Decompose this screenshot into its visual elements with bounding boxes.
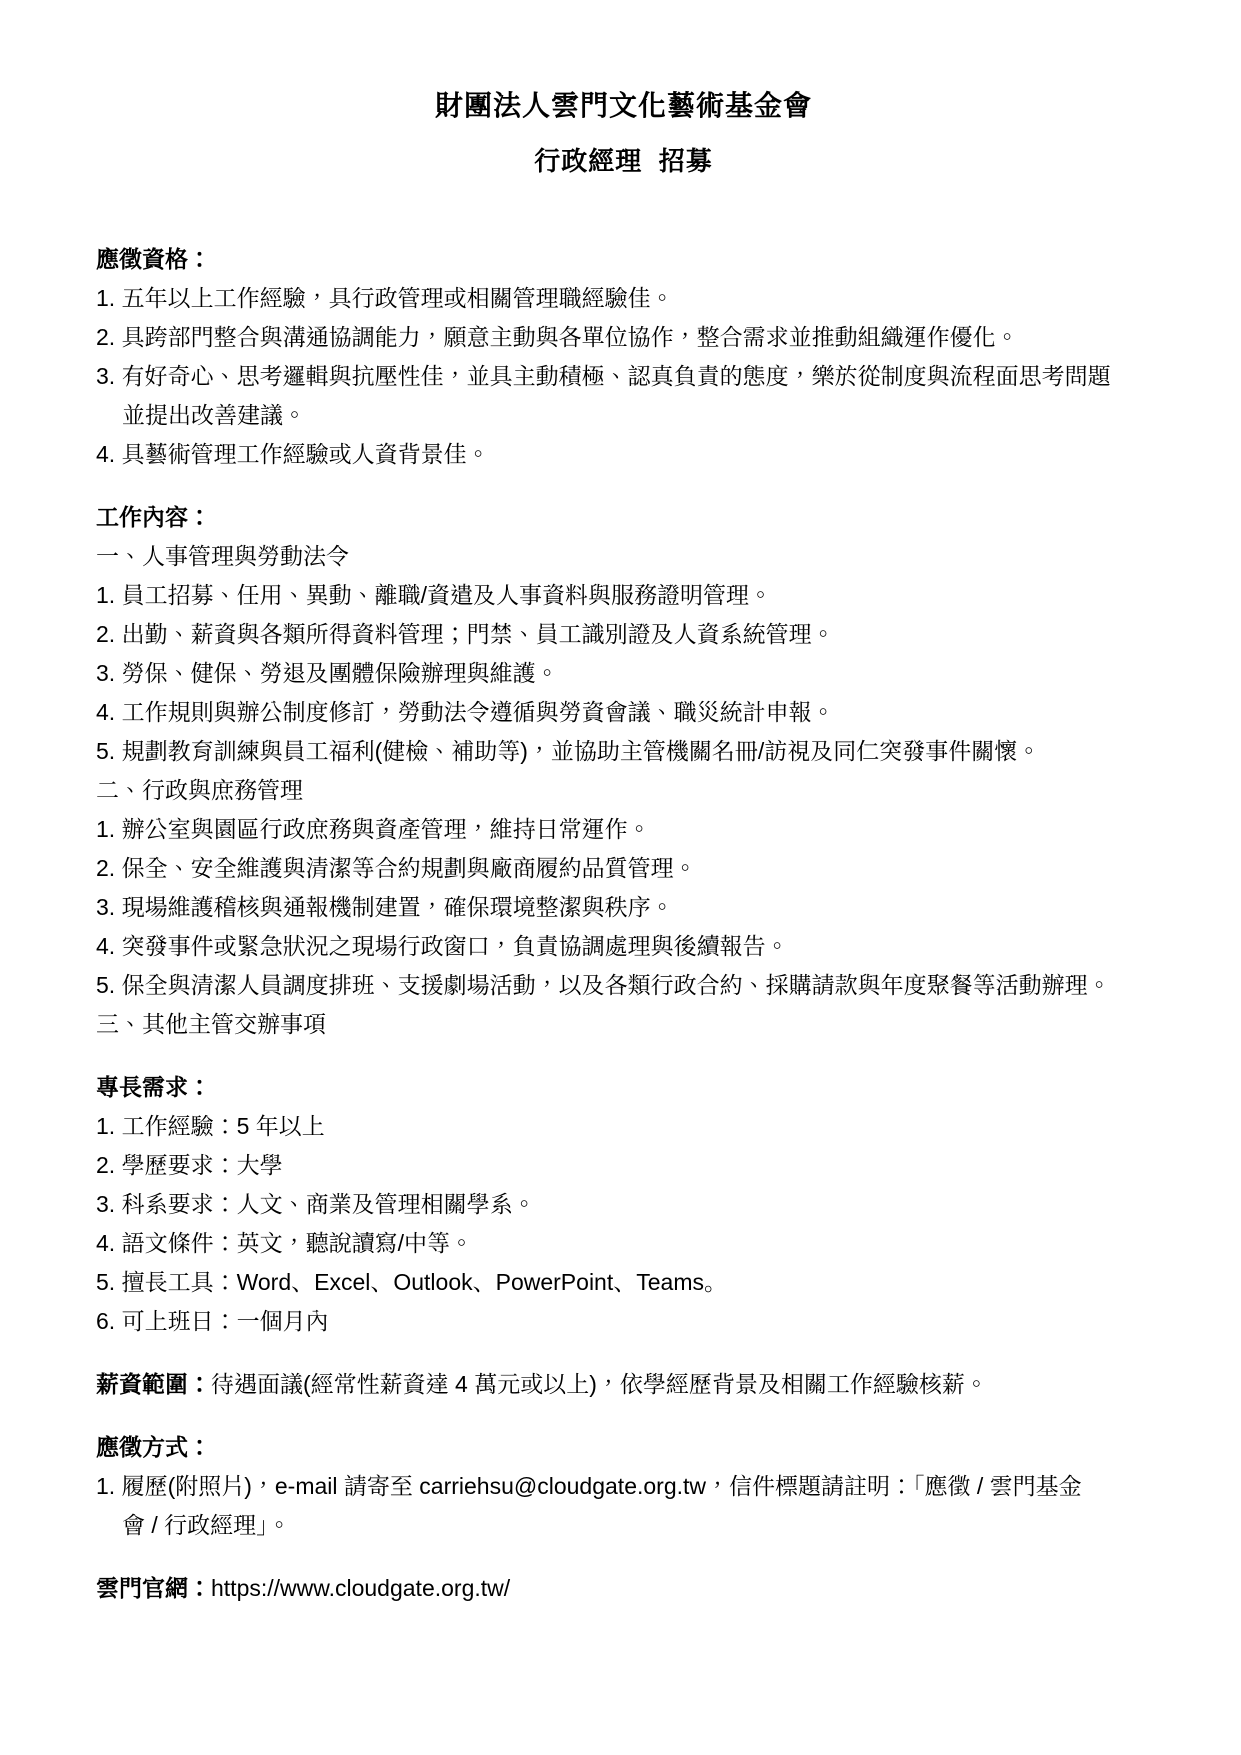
salary-line: 薪資範圍：待遇面議(經常性薪資達 4 萬元或以上)，依學經歷背景及相關工作經驗核…: [96, 1365, 1151, 1404]
list-item: 3. 現場維護稽核與通報機制建置，確保環境整潔與秩序。: [96, 888, 1151, 927]
skills-heading: 專長需求：: [96, 1068, 1151, 1107]
section-qualifications: 應徵資格： 1. 五年以上工作經驗，具行政管理或相關管理職經驗佳。 2. 具跨部…: [96, 240, 1151, 474]
list-item: 6. 可上班日：一個月內: [96, 1302, 1151, 1341]
section-salary: 薪資範圍：待遇面議(經常性薪資達 4 萬元或以上)，依學經歷背景及相關工作經驗核…: [96, 1365, 1151, 1404]
list-item: 1. 員工招募、任用、異動、離職/資遣及人事資料與服務證明管理。: [96, 576, 1151, 615]
list-item: 3. 勞保、健保、勞退及團體保險辦理與維護。: [96, 654, 1151, 693]
list-item: 2. 具跨部門整合與溝通協調能力，願意主動與各單位協作，整合需求並推動組織運作優…: [96, 318, 1151, 357]
job-posting-document: 財團法人雲門文化藝術基金會 行政經理 招募 應徵資格： 1. 五年以上工作經驗，…: [0, 0, 1241, 1755]
list-item: 5. 保全與清潔人員調度排班、支援劇場活動，以及各類行政合約、採購請款與年度聚餐…: [96, 966, 1151, 1005]
group-label: 一、人事管理與勞動法令: [96, 537, 1151, 576]
list-item: 2. 學歷要求：大學: [96, 1146, 1151, 1185]
salary-label: 薪資範圍：: [96, 1371, 211, 1397]
list-item: 4. 具藝術管理工作經驗或人資背景佳。: [96, 435, 1151, 474]
list-item: 4. 工作規則與辦公制度修訂，勞動法令遵循與勞資會議、職災統計申報。: [96, 693, 1151, 732]
website-label: 雲門官網：: [96, 1575, 211, 1601]
website-url: https://www.cloudgate.org.tw/: [211, 1575, 510, 1601]
list-item: 1. 五年以上工作經驗，具行政管理或相關管理職經驗佳。: [96, 279, 1151, 318]
doc-subtitle: 行政經理 招募: [96, 144, 1151, 178]
section-skills: 專長需求： 1. 工作經驗：5 年以上 2. 學歷要求：大學 3. 科系要求：人…: [96, 1068, 1151, 1341]
list-item: 3. 有好奇心、思考邏輯與抗壓性佳，並具主動積極、認真負責的態度，樂於從制度與流…: [96, 357, 1151, 435]
section-job-content: 工作內容： 一、人事管理與勞動法令 1. 員工招募、任用、異動、離職/資遣及人事…: [96, 498, 1151, 1044]
list-item: 1. 履歷(附照片)，e-mail 請寄至 carriehsu@cloudgat…: [96, 1467, 1151, 1545]
qualifications-heading: 應徵資格：: [96, 240, 1151, 279]
job-content-heading: 工作內容：: [96, 498, 1151, 537]
list-item: 3. 科系要求：人文、商業及管理相關學系。: [96, 1185, 1151, 1224]
section-apply: 應徵方式： 1. 履歷(附照片)，e-mail 請寄至 carriehsu@cl…: [96, 1428, 1151, 1545]
list-item: 5. 擅長工具：Word、Excel、Outlook、PowerPoint、Te…: [96, 1263, 1151, 1302]
group-label: 三、其他主管交辦事項: [96, 1005, 1151, 1044]
apply-heading: 應徵方式：: [96, 1428, 1151, 1467]
section-website: 雲門官網：https://www.cloudgate.org.tw/: [96, 1569, 1151, 1608]
salary-text: 待遇面議(經常性薪資達 4 萬元或以上)，依學經歷背景及相關工作經驗核薪。: [211, 1371, 988, 1397]
list-item: 4. 語文條件：英文，聽說讀寫/中等。: [96, 1224, 1151, 1263]
list-item: 1. 工作經驗：5 年以上: [96, 1107, 1151, 1146]
list-item: 1. 辦公室與園區行政庶務與資產管理，維持日常運作。: [96, 810, 1151, 849]
list-item: 4. 突發事件或緊急狀況之現場行政窗口，負責協調處理與後續報告。: [96, 927, 1151, 966]
doc-title: 財團法人雲門文化藝術基金會: [96, 88, 1151, 124]
group-label: 二、行政與庶務管理: [96, 771, 1151, 810]
list-item: 2. 保全、安全維護與清潔等合約規劃與廠商履約品質管理。: [96, 849, 1151, 888]
website-line: 雲門官網：https://www.cloudgate.org.tw/: [96, 1569, 1151, 1608]
list-item: 5. 規劃教育訓練與員工福利(健檢、補助等)，並協助主管機關名冊/訪視及同仁突發…: [96, 732, 1151, 771]
list-item: 2. 出勤、薪資與各類所得資料管理；門禁、員工識別證及人資系統管理。: [96, 615, 1151, 654]
